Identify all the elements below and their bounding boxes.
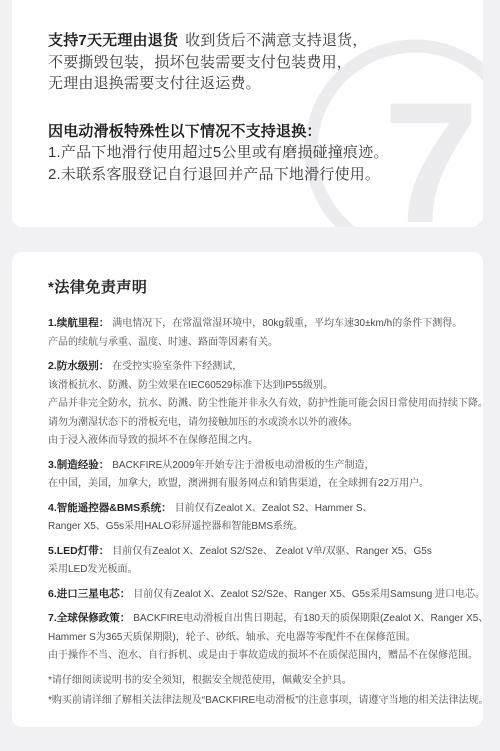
legal-safety-notes: *请仔细阅读说明书的安全须知，根据安全规范使用，佩戴安全护具。 *购买前请详细了… [48, 671, 469, 711]
legal-item-line: 目前仅有Zealot X、Zealot S2/S2e、Ranger X5、G5s… [133, 589, 483, 600]
legal-item-line: 由于浸入液体而导致的损坏不在保修范围之内。 [48, 432, 469, 451]
return-policy-headline-rest: 收到货后不满意支持退货， [185, 32, 367, 49]
legal-item-line: 目前仅有Zealot X、Zealot S2、Hammer S、 [175, 503, 373, 514]
legal-item-line: BACKFIRE电动滑板自出售日期起，有180天的质保期限(Zealot X、R… [133, 613, 483, 624]
return-exceptions-title: 因电动滑板特殊性以下情况不支持退换： [48, 121, 483, 143]
return-exception-item: 1.产品下地滑行使用超过5公里或有磨损碰撞痕迹。 [48, 142, 483, 164]
legal-item-line: 在中国，美国，加拿大，欧盟，澳洲拥有服务网点和销售渠道，在全球拥有22万用户。 [48, 475, 469, 494]
legal-item-label: 7.全球保修政策： [48, 612, 130, 624]
legal-disclaimer-card: *法律免责声明 1.续航里程：满电情况下，在常温常湿环境中，80kg载重，平均车… [12, 252, 483, 727]
return-policy-headline: 支持7天无理由退货收到货后不满意支持退货， [48, 30, 483, 52]
legal-item-warranty: 7.全球保修政策：BACKFIRE电动滑板自出售日期起，有180天的质保期限(Z… [48, 609, 469, 666]
safety-note: *购买前请详细了解相关法律法规及“BACKFIRE电动滑板”的注意事项，请遵守当… [48, 691, 469, 711]
legal-item-line: Ranger X5、G5s采用HALO彩屏遥控器和智能BMS系统。 [48, 518, 469, 537]
legal-item-line: 满电情况下，在常温常湿环境中，80kg载重，平均车速30±km/h的条件下测得。 [112, 318, 462, 329]
product-detail-page: 7 支持7天无理由退货收到货后不满意支持退货， 不要撕毁包装，损坏包装需要支付包… [0, 0, 500, 751]
legal-item-line: 产品并非完全防水，抗水、防溅、防尘性能并非永久有效，防护性能可能会因日常使用而持… [48, 395, 469, 414]
legal-item-waterproof: 2.防水级别：在受控实验室条件下经测试，该滑板抗水、防溅、防尘效果在IEC605… [48, 357, 469, 451]
legal-item-label: 4.智能遥控器&BMS系统： [48, 502, 172, 514]
legal-item-label: 3.制造经验： [48, 459, 109, 471]
return-exceptions: 因电动滑板特殊性以下情况不支持退换： 1.产品下地滑行使用超过5公里或有磨损碰撞… [48, 121, 483, 186]
legal-item-label: 1.续航里程： [48, 317, 109, 329]
return-exception-item: 2.未联系客服登记自行退回并产品下地滑行使用。 [48, 164, 483, 186]
safety-note: *请仔细阅读说明书的安全须知，根据安全规范使用，佩戴安全护具。 [48, 671, 469, 691]
legal-item-line: 该滑板抗水、防溅、防尘效果在IEC60529标准下达到IP55级别。 [48, 377, 469, 396]
legal-item-line: Hammer S为365天质保期限)，轮子、砂纸、轴承、充电器等零配件不在保修范… [48, 629, 469, 648]
legal-item-line: 采用LED发光板面。 [48, 561, 469, 580]
legal-item-line: 在受控实验室条件下经测试， [112, 361, 242, 372]
return-policy-line: 无理由退换需要支付往返运费。 [48, 73, 483, 95]
legal-item-label: 6.进口三星电芯： [48, 588, 130, 600]
return-policy-text: 支持7天无理由退货收到货后不满意支持退货， 不要撕毁包装，损坏包装需要支付包装费… [48, 30, 483, 95]
legal-item-label: 2.防水级别： [48, 360, 109, 372]
legal-item-range: 1.续航里程：满电情况下，在常温常湿环境中，80kg载重，平均车速30±km/h… [48, 314, 469, 352]
legal-item-manufacturing: 3.制造经验：BACKFIRE从2009年开始专注于滑板电动滑板的生产制造，在中… [48, 456, 469, 494]
legal-item-line: 产品的续航与承重、温度、时速、路面等因素有关。 [48, 334, 469, 353]
legal-item-led: 5.LED灯带：目前仅有Zealot X、Zealot S2/S2e、 Zeal… [48, 542, 469, 580]
legal-item-battery: 6.进口三星电芯：目前仅有Zealot X、Zealot S2/S2e、Rang… [48, 585, 469, 605]
legal-item-label: 5.LED灯带： [48, 545, 109, 557]
legal-item-line: 由于操作不当、泡水、自行拆机、或是由于事故造成的损坏不在质保范围内，赠品不在保修… [48, 647, 469, 666]
legal-item-line: 请勿为潮湿状态下的滑板充电，请勿接触加压的水或淡水以外的液体。 [48, 414, 469, 433]
legal-item-remote-bms: 4.智能遥控器&BMS系统：目前仅有Zealot X、Zealot S2、Ham… [48, 499, 469, 537]
legal-item-line: BACKFIRE从2009年开始专注于滑板电动滑板的生产制造， [112, 460, 374, 471]
return-policy-card: 7 支持7天无理由退货收到货后不满意支持退货， 不要撕毁包装，损坏包装需要支付包… [12, 0, 483, 227]
return-policy-line: 不要撕毁包装，损坏包装需要支付包装费用， [48, 52, 483, 74]
legal-disclaimer-title: *法律免责声明 [48, 276, 469, 297]
return-policy-headline-bold: 支持7天无理由退货 [48, 32, 178, 49]
legal-item-line: 目前仅有Zealot X、Zealot S2/S2e、 Zealot V单/双驱… [112, 546, 432, 557]
